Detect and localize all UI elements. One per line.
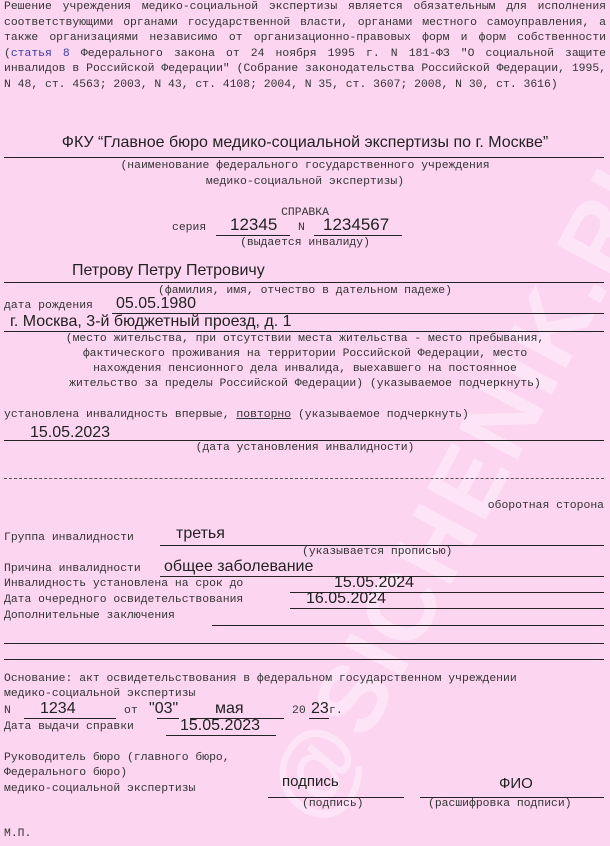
issue-date-value[interactable]: 15.05.2023 xyxy=(180,717,260,735)
series-label: серия xyxy=(172,222,206,234)
basis-line-1: Основание: акт освидетельствования в фед… xyxy=(4,673,517,685)
basis-number-value[interactable]: 1234 xyxy=(40,700,76,718)
institution-name: ФКУ “Главное бюро медико-социальной эксп… xyxy=(0,134,610,152)
basis-year-value[interactable]: 23 xyxy=(311,700,329,718)
institution-caption-1: (наименование федерального государственн… xyxy=(0,159,610,175)
head-label-1: Руководитель бюро (главного бюро, xyxy=(4,752,230,764)
full-name-value[interactable]: Петрову Петру Петровичу xyxy=(72,262,265,280)
basis-year-prefix: 20 xyxy=(292,705,306,717)
next-exam-label: Дата очередного освидетельствования xyxy=(4,594,243,606)
law-article-link[interactable]: статья 8 xyxy=(11,48,70,60)
cut-line xyxy=(4,478,604,479)
full-name-caption: (фамилия, имя, отчество в дательном паде… xyxy=(0,284,610,300)
issue-date-label: Дата выдачи справки xyxy=(4,721,134,733)
additional-underline-1[interactable] xyxy=(212,625,604,626)
established-prefix: установлена инвалидность впервые, xyxy=(4,409,236,421)
signer-name-caption: (расшифровка подписи) xyxy=(428,798,572,810)
back-side-label: оборотная сторона xyxy=(488,500,604,512)
basis-day-underline xyxy=(157,718,179,719)
signature-caption: (подпись) xyxy=(302,798,364,810)
institution-underline xyxy=(4,157,604,158)
cause-label: Причина инвалидности xyxy=(4,563,141,575)
basis-from-label: от xyxy=(124,705,138,717)
signature-value[interactable]: подпись xyxy=(282,773,339,790)
disability-date-caption: (дата установления инвалидности) xyxy=(0,441,610,457)
group-value[interactable]: третья xyxy=(176,525,225,543)
number-value[interactable]: 1234567 xyxy=(323,215,389,235)
issued-caption: (выдается инвалиду) xyxy=(0,236,610,252)
group-label: Группа инвалидности xyxy=(4,532,134,544)
head-label-3: медико-социальной экспертизы xyxy=(4,783,195,795)
additional-underline-2[interactable] xyxy=(4,643,604,644)
series-value[interactable]: 12345 xyxy=(230,215,277,235)
legal-notice-text-cont: Федерального закона от 24 ноября 1995 г.… xyxy=(4,48,606,91)
full-name-underline xyxy=(4,282,604,283)
basis-day-value[interactable]: 03 xyxy=(155,700,173,717)
additional-label: Дополнительные заключения xyxy=(4,610,175,622)
next-exam-underline xyxy=(290,608,604,609)
address-value[interactable]: г. Москва, 3-й бюджетный проезд, д. 1 xyxy=(10,313,292,331)
basis-year-underline xyxy=(309,718,329,719)
established-suffix: (указываемое подчеркнуть) xyxy=(291,409,469,421)
legal-notice: Решение учреждения медико-социальной экс… xyxy=(4,0,606,94)
birth-date-label: дата рождения xyxy=(4,300,93,312)
basis-line-2: медико-социальной экспертизы xyxy=(4,688,195,700)
address-caption-1: (место жительства, при отсутствии места … xyxy=(0,332,610,348)
basis-number-underline xyxy=(24,718,116,719)
head-label-2: Федерального бюро) xyxy=(4,767,127,779)
term-label: Инвалидность установлена на срок до xyxy=(4,578,243,590)
group-caption: (указывается прописью) xyxy=(302,546,452,558)
stamp-placeholder: М.П. xyxy=(4,828,31,840)
established-statement: установлена инвалидность впервые, повтор… xyxy=(4,409,469,421)
issue-date-underline xyxy=(166,735,276,736)
additional-underline-3[interactable] xyxy=(4,659,604,660)
institution-caption-2: медико-социальной экспертизы) xyxy=(0,175,610,191)
basis-year-suffix: г. xyxy=(329,705,343,717)
next-exam-value[interactable]: 16.05.2024 xyxy=(306,590,386,608)
basis-number-label: N xyxy=(4,705,11,717)
cause-value[interactable]: общее заболевание xyxy=(164,558,313,576)
address-caption-3: нахождения пенсионного дела инвалида, вы… xyxy=(0,362,610,378)
birth-date-value[interactable]: 05.05.1980 xyxy=(116,295,196,313)
address-caption-4: жительство за пределы Российской Федерац… xyxy=(0,377,610,393)
address-caption-2: фактического проживания на территории Ро… xyxy=(0,347,610,363)
certificate-title: СПРАВКА xyxy=(0,206,610,222)
basis-day-wrap: "03" xyxy=(149,700,178,718)
established-repeat-option[interactable]: повторно xyxy=(236,409,291,421)
number-label: N xyxy=(298,222,305,234)
basis-month-value[interactable]: мая xyxy=(215,700,244,718)
signer-name-value[interactable]: ФИО xyxy=(499,775,533,792)
